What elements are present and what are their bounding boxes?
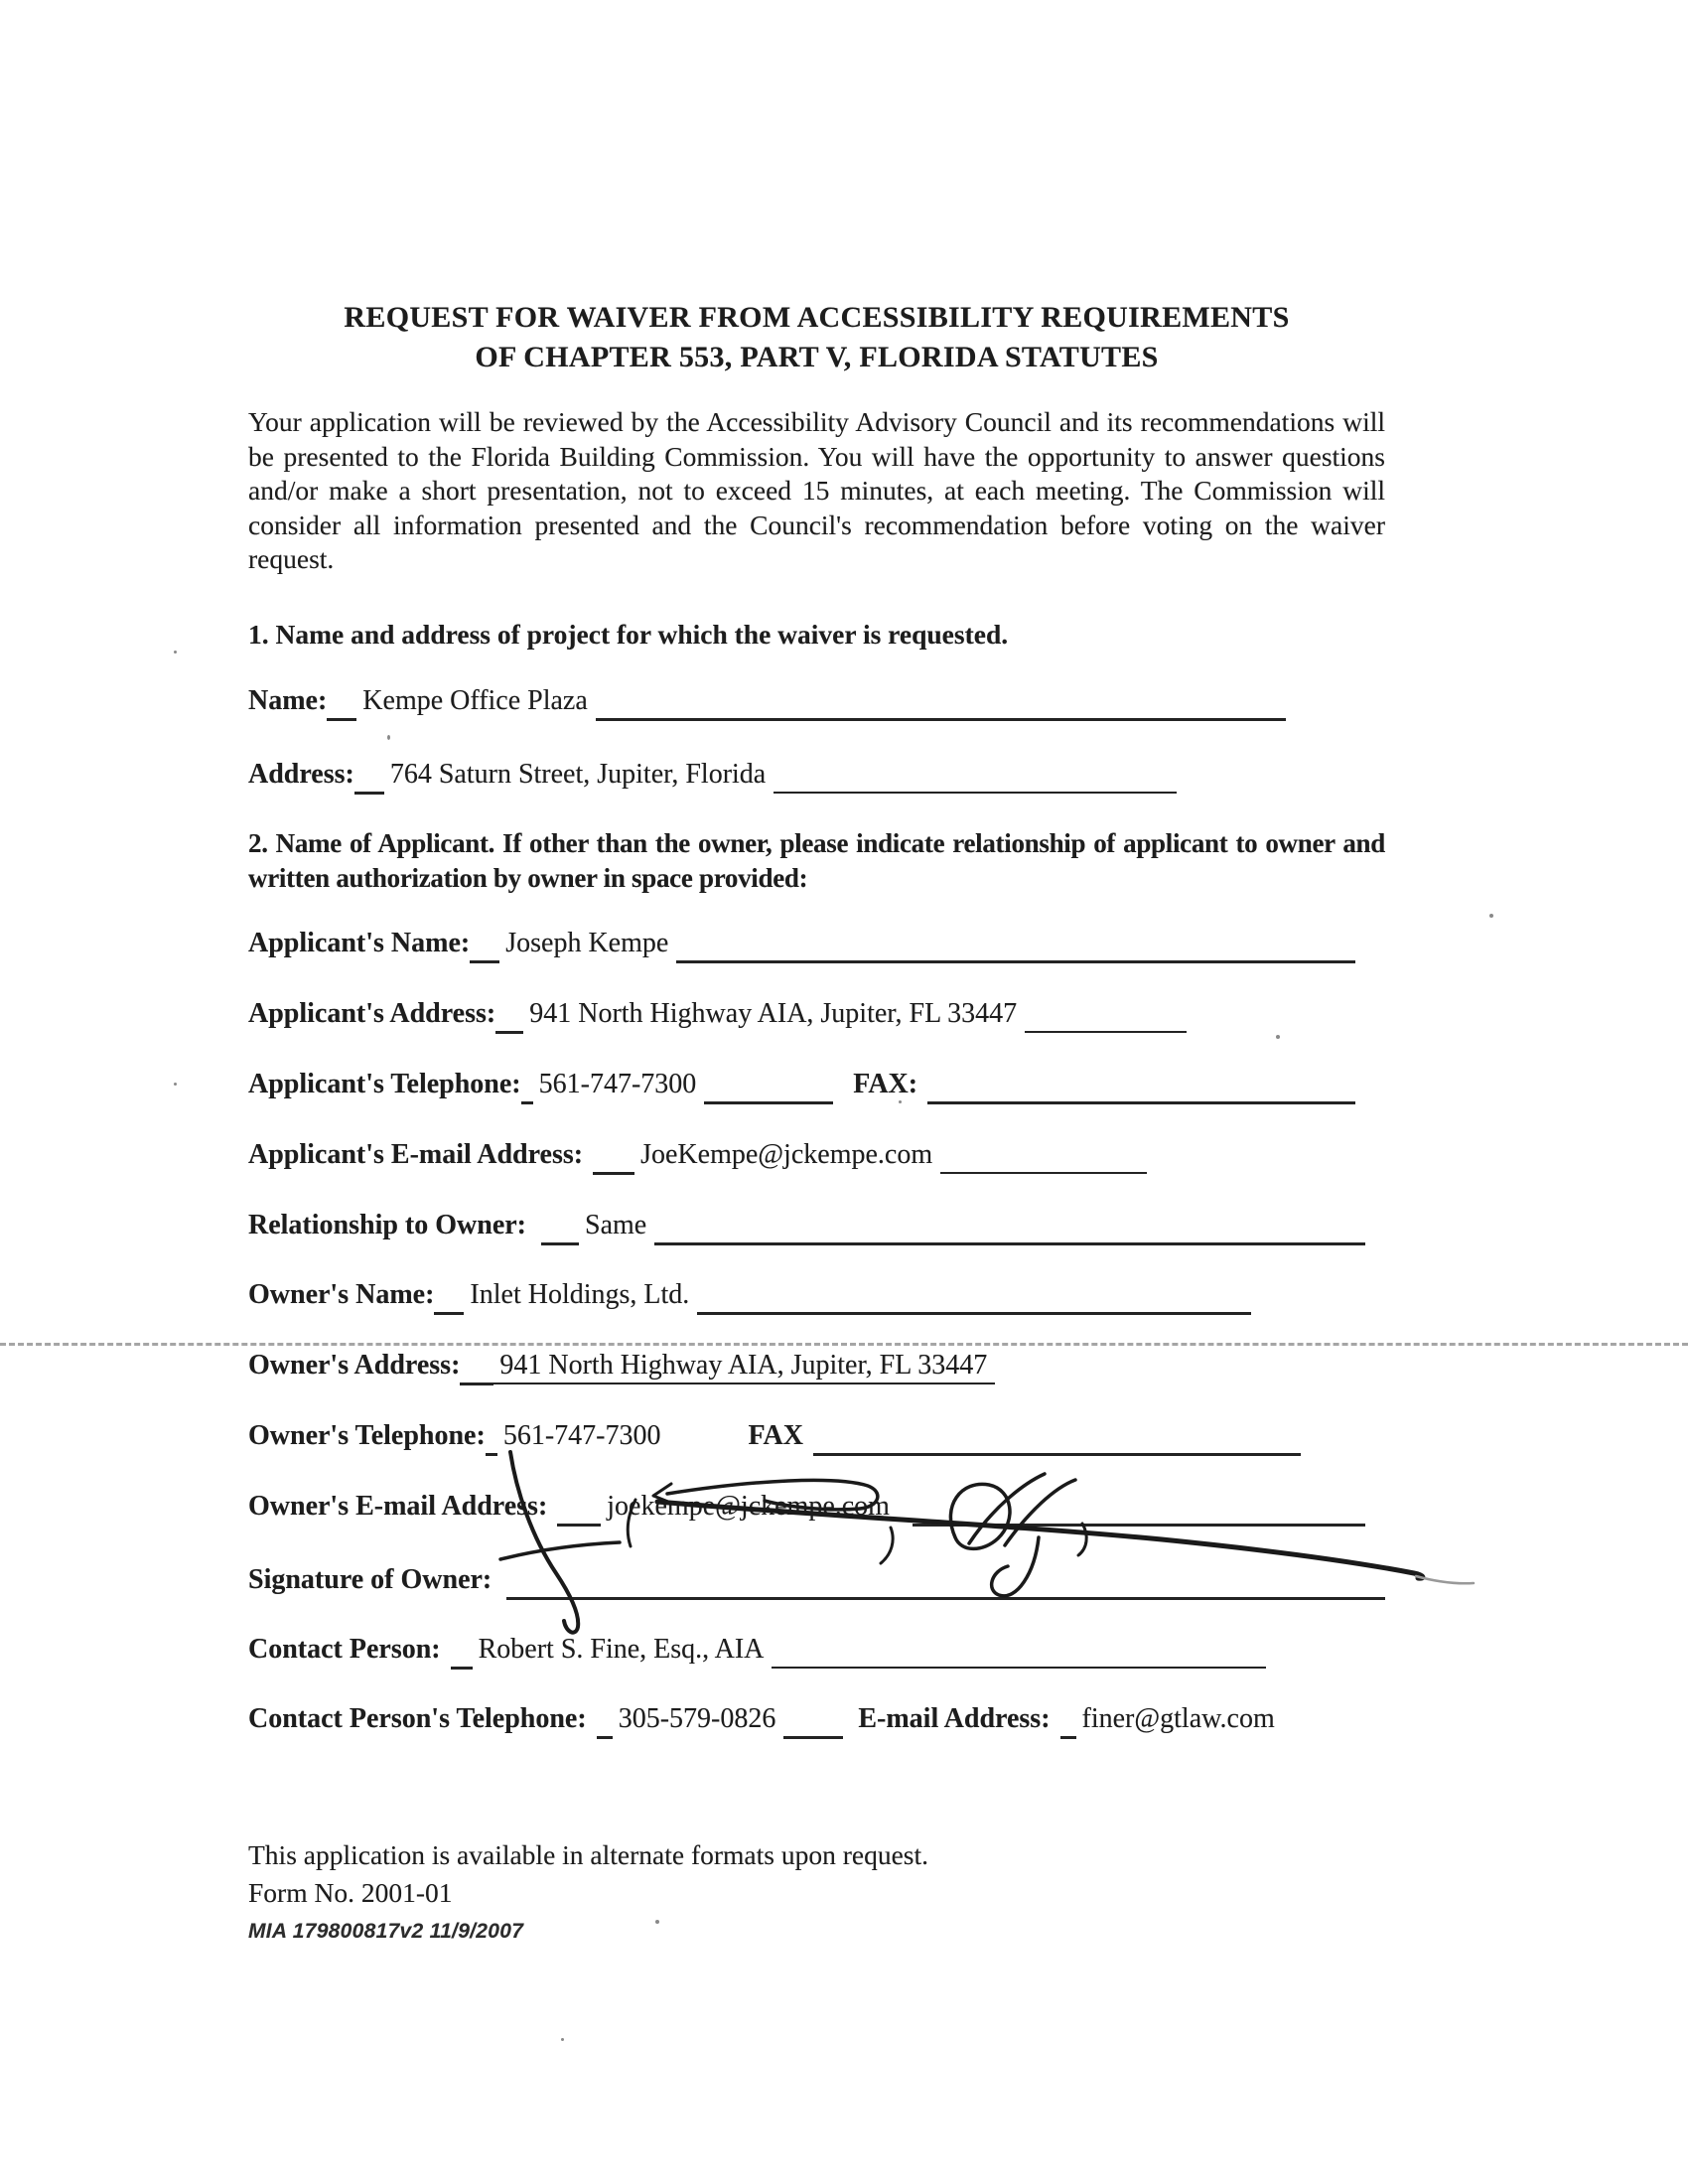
footer-doc-reference: MIA 179800817v2 11/9/2007 bbox=[248, 1920, 1385, 1944]
field-row-contact-person: Contact Person: Robert S. Fine, Esq., AI… bbox=[248, 1632, 1385, 1670]
owner-address-label: Owner's Address: bbox=[248, 1348, 460, 1383]
field-row-applicant-telephone: Applicant's Telephone: 561-747-7300 FAX: bbox=[248, 1067, 1385, 1104]
blank-line bbox=[676, 926, 1355, 963]
blank-line bbox=[783, 1701, 843, 1739]
section1-heading: 1. Name and address of project for which… bbox=[248, 617, 1385, 652]
form-title-line2: OF CHAPTER 553, PART V, FLORIDA STATUTES bbox=[248, 338, 1385, 377]
blank-line bbox=[774, 757, 1177, 794]
field-row-signature: Signature of Owner: bbox=[248, 1562, 1385, 1600]
owner-telephone-label: Owner's Telephone: bbox=[248, 1418, 486, 1453]
field-row-owner-telephone: Owner's Telephone: 561-747-7300FAX bbox=[248, 1418, 1385, 1456]
relationship-value: Same bbox=[579, 1208, 654, 1242]
contact-email-value: finer@gtlaw.com bbox=[1076, 1701, 1283, 1736]
blank-line bbox=[596, 683, 1286, 721]
contact-person-value: Robert S. Fine, Esq., AIA bbox=[473, 1632, 773, 1667]
intro-paragraph: Your application will be reviewed by the… bbox=[248, 405, 1385, 577]
relationship-label: Relationship to Owner: bbox=[248, 1208, 526, 1242]
owner-fax-label: FAX bbox=[748, 1418, 802, 1453]
blank-underscore bbox=[593, 1137, 634, 1175]
applicant-telephone-value: 561-747-7300 bbox=[533, 1067, 705, 1101]
blank-underscore bbox=[521, 1067, 533, 1104]
blank-underscore bbox=[541, 1208, 579, 1245]
footer-alternate-formats: This application is available in alterna… bbox=[248, 1836, 1385, 1874]
form-content: REQUEST FOR WAIVER FROM ACCESSIBILITY RE… bbox=[248, 0, 1385, 1944]
applicant-address-value: 941 North Highway AIA, Jupiter, FL 33447 bbox=[523, 996, 1025, 1031]
form-title-line1: REQUEST FOR WAIVER FROM ACCESSIBILITY RE… bbox=[248, 298, 1385, 338]
blank-underscore bbox=[434, 1277, 464, 1315]
blank-line bbox=[1025, 996, 1187, 1033]
blank-underscore bbox=[1060, 1701, 1076, 1739]
field-row-applicant-name: Applicant's Name: Joseph Kempe bbox=[248, 926, 1385, 963]
field-row-owner-address: Owner's Address: 941 North Highway AIA, … bbox=[248, 1348, 1385, 1385]
contact-telephone-label: Contact Person's Telephone: bbox=[248, 1701, 587, 1736]
contact-email-label: E-mail Address: bbox=[858, 1701, 1050, 1736]
field-row-applicant-email: Applicant's E-mail Address: JoeKempe@jck… bbox=[248, 1137, 1385, 1175]
footer-form-number: Form No. 2001-01 bbox=[248, 1874, 1385, 1912]
field-row-project-address: Address: 764 Saturn Street, Jupiter, Flo… bbox=[248, 757, 1385, 795]
applicant-address-label: Applicant's Address: bbox=[248, 996, 495, 1031]
field-row-owner-email: Owner's E-mail Address: joekempe@jckempe… bbox=[248, 1489, 1385, 1527]
blank-underscore bbox=[451, 1632, 473, 1670]
section2-heading: 2. Name of Applicant. If other than the … bbox=[248, 826, 1385, 896]
scan-speck bbox=[1489, 914, 1493, 918]
field-row-owner-name: Owner's Name: Inlet Holdings, Ltd. bbox=[248, 1277, 1385, 1315]
owner-fax-blank-line bbox=[813, 1418, 1301, 1456]
blank-underscore bbox=[327, 683, 356, 721]
blank-line bbox=[704, 1067, 833, 1104]
scan-speck bbox=[561, 2038, 564, 2041]
field-row-project-name: Name: Kempe Office Plaza bbox=[248, 683, 1385, 721]
blank-underscore bbox=[597, 1701, 613, 1739]
owner-email-label: Owner's E-mail Address: bbox=[248, 1489, 547, 1524]
blank-underscore bbox=[495, 996, 523, 1034]
applicant-name-label: Applicant's Name: bbox=[248, 926, 470, 960]
blank-line bbox=[940, 1137, 1147, 1174]
blank-underscore bbox=[460, 1348, 493, 1385]
applicant-email-label: Applicant's E-mail Address: bbox=[248, 1137, 583, 1172]
applicant-fax-label: FAX: bbox=[853, 1067, 917, 1101]
field-row-contact-telephone: Contact Person's Telephone: 305-579-0826… bbox=[248, 1701, 1385, 1739]
scan-speck bbox=[174, 651, 177, 654]
blank-underscore bbox=[354, 757, 384, 795]
blank-line bbox=[654, 1208, 1365, 1245]
scanned-form-page: REQUEST FOR WAIVER FROM ACCESSIBILITY RE… bbox=[0, 0, 1688, 2184]
blank-underscore bbox=[486, 1418, 497, 1456]
applicant-telephone-label: Applicant's Telephone: bbox=[248, 1067, 521, 1101]
scan-speck bbox=[174, 1083, 177, 1086]
applicant-name-value: Joseph Kempe bbox=[499, 926, 676, 960]
signature-line bbox=[506, 1562, 1385, 1600]
owner-telephone-value: 561-747-7300 bbox=[497, 1418, 669, 1453]
project-address-label: Address: bbox=[248, 757, 354, 792]
contact-person-label: Contact Person: bbox=[248, 1632, 441, 1667]
blank-underscore bbox=[557, 1489, 601, 1527]
project-name-value: Kempe Office Plaza bbox=[356, 683, 596, 718]
form-title: REQUEST FOR WAIVER FROM ACCESSIBILITY RE… bbox=[248, 298, 1385, 377]
blank-line bbox=[913, 1489, 1365, 1527]
blank-line bbox=[772, 1632, 1266, 1669]
blank-underscore bbox=[470, 926, 499, 963]
contact-telephone-value: 305-579-0826 bbox=[613, 1701, 784, 1736]
owner-name-value: Inlet Holdings, Ltd. bbox=[464, 1277, 697, 1312]
project-name-label: Name: bbox=[248, 683, 327, 718]
field-row-applicant-address: Applicant's Address: 941 North Highway A… bbox=[248, 996, 1385, 1034]
owner-address-value: 941 North Highway AIA, Jupiter, FL 33447 bbox=[493, 1348, 995, 1384]
field-row-relationship: Relationship to Owner: Same bbox=[248, 1208, 1385, 1245]
owner-email-value: joekempe@jckempe.com bbox=[601, 1489, 898, 1524]
applicant-fax-blank-line bbox=[927, 1067, 1355, 1104]
owner-name-label: Owner's Name: bbox=[248, 1277, 434, 1312]
project-address-value: 764 Saturn Street, Jupiter, Florida bbox=[384, 757, 774, 792]
signature-label: Signature of Owner: bbox=[248, 1562, 492, 1597]
applicant-email-value: JoeKempe@jckempe.com bbox=[634, 1137, 940, 1172]
blank-line bbox=[697, 1277, 1251, 1315]
